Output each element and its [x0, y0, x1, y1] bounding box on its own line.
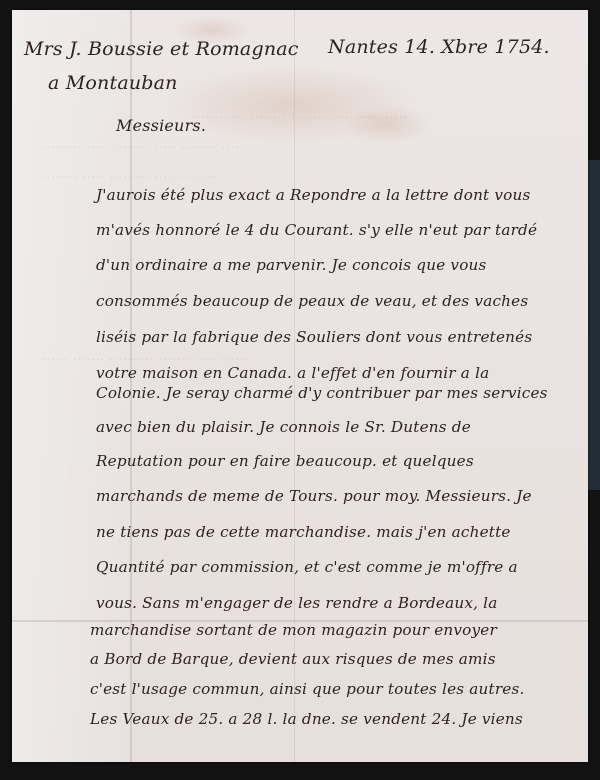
body-line: Quantité par commission, et c'est comme …	[96, 558, 518, 576]
body-line: avec bien du plaisir. Je connois le Sr. …	[96, 418, 471, 436]
bleed-through-text: ...... ....... .......... ........ .... …	[42, 350, 249, 363]
body-line: marchands de meme de Tours. pour moy. Me…	[96, 487, 532, 505]
body-line: a Bord de Barque, devient aux risques de…	[90, 650, 496, 668]
letter-page: ............ ........ ........ ..... ...…	[12, 10, 588, 762]
bleed-through-text: ............ ........ ........ ..... ...…	[192, 108, 408, 121]
body-line: liséis par la fabrique des Souliers dont…	[96, 328, 532, 346]
body-line: Reputation pour en faire beaucoup. et qu…	[96, 452, 474, 470]
place-and-date: Nantes 14. Xbre 1754.	[328, 36, 550, 58]
body-line: vous. Sans m'engager de les rendre a Bor…	[96, 594, 498, 612]
addressee-line-1: Mrs J. Boussie et Romagnac	[24, 38, 299, 60]
body-line: votre maison en Canada. a l'effet d'en f…	[96, 364, 489, 382]
body-line: J'aurois été plus exact a Repondre a la …	[96, 186, 531, 204]
bleed-through-text: ........ ..... ......... ...... .......	[42, 168, 217, 181]
body-line: d'un ordinaire a me parvenir. Je concois…	[96, 256, 487, 274]
body-line: m'avés honnoré le 4 du Courant. s'y elle…	[96, 221, 537, 239]
body-line: marchandise sortant de mon magazin pour …	[90, 621, 497, 639]
addressee-line-2: a Montauban	[48, 72, 178, 94]
body-line: Colonie. Je seray charmé d'y contribuer …	[96, 384, 548, 402]
body-line: c'est l'usage commun, ainsi que pour tou…	[90, 680, 525, 698]
body-line: Les Veaux de 25. a 28 l. la dne. se vend…	[90, 710, 523, 728]
salutation: Messieurs.	[116, 116, 206, 135]
body-line: ne tiens pas de cette marchandise. mais …	[96, 523, 511, 541]
bleed-through-text: ......... ..... ........ ..... ........ …	[42, 138, 240, 151]
body-line: consommés beaucoup de peaux de veau, et …	[96, 292, 528, 310]
